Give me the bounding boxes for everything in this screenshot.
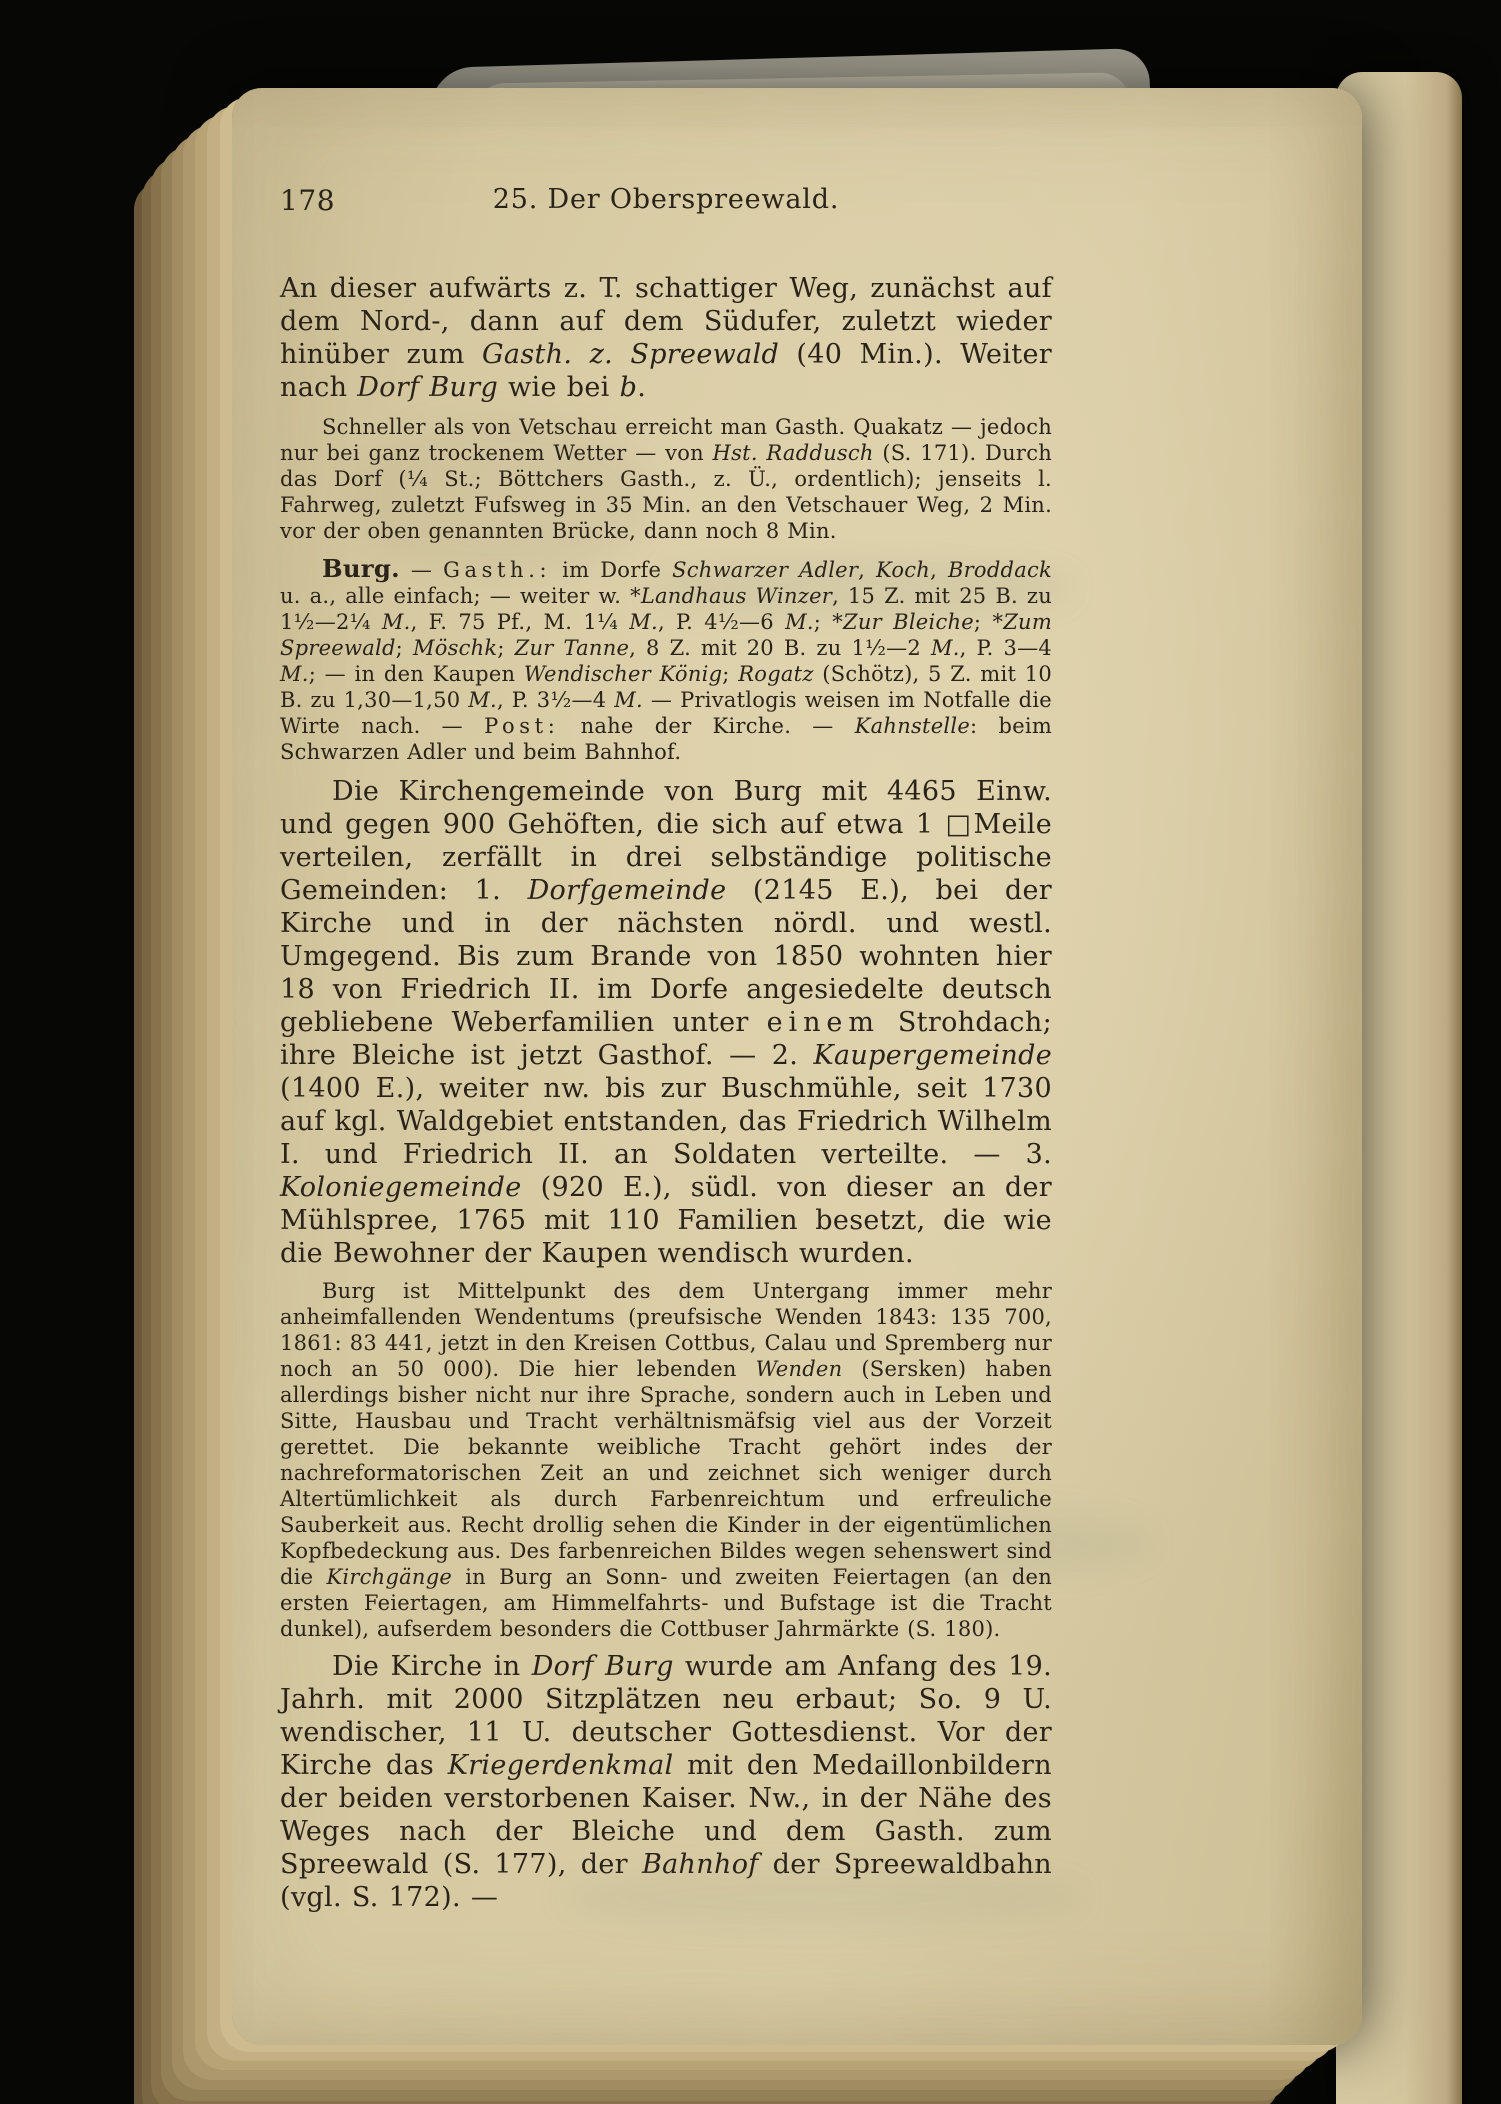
text-run: Kirchgänge xyxy=(326,1565,452,1589)
paragraph-wendentum-note: Burg ist Mittelpunkt des dem Untergang i… xyxy=(280,1278,1052,1642)
text-run: Wendischer König xyxy=(524,662,722,686)
text-run: , 8 Z. mit 20 B. zu 1¹⁄₂—2 xyxy=(629,636,931,660)
text-run: ; xyxy=(396,636,413,660)
text-run: ; xyxy=(722,662,738,686)
text-run: Dorfgemeinde xyxy=(528,875,727,906)
text-run: einem xyxy=(767,1007,880,1038)
text-run: Dorf Burg xyxy=(532,1651,674,1682)
paragraph-route: An dieser aufwärts z. T. schattiger Weg,… xyxy=(280,272,1052,404)
text-run: Bahnhof xyxy=(642,1849,759,1880)
text-block: 178 25. Der Oberspreewald. An dieser auf… xyxy=(280,184,1052,1914)
text-run: Koloniegemeinde xyxy=(280,1172,522,1203)
text-run: M. xyxy=(614,688,643,712)
text-run: ; * xyxy=(974,610,1003,634)
text-run: Gasth.: xyxy=(443,558,551,582)
text-run: Kahnstelle xyxy=(855,714,970,738)
text-run: , xyxy=(858,558,876,582)
text-run: M. xyxy=(931,636,960,660)
paragraph-burg-directory: Burg. — Gasth.: im Dorfe Schwarzer Adler… xyxy=(280,556,1052,765)
text-run: ; — in den Kaupen xyxy=(309,662,524,686)
text-run: b xyxy=(620,372,638,403)
page-number: 178 xyxy=(280,184,335,217)
text-run: Landhaus Winzer xyxy=(641,584,832,608)
text-run: Broddack xyxy=(948,558,1052,582)
text-run: — xyxy=(400,558,443,582)
text-run: . xyxy=(637,372,646,403)
text-run: , P. 3¹⁄₂—4 xyxy=(497,688,614,712)
text-run: , P. 4¹⁄₂—6 xyxy=(658,610,785,634)
text-run: (1400 E.), weiter nw. bis zur Buschmühle… xyxy=(280,1073,1052,1170)
text-run: , xyxy=(930,558,948,582)
text-run: Kriegerdenkmal xyxy=(448,1750,674,1781)
text-run: M. xyxy=(280,662,309,686)
text-run: Rogatz xyxy=(738,662,813,686)
page-header: 178 25. Der Oberspreewald. xyxy=(280,184,1052,220)
text-run: Die Kirche in xyxy=(332,1651,532,1682)
paragraph-schneller-note: Schneller als von Vetschau erreicht man … xyxy=(280,414,1052,544)
text-run: Möschk xyxy=(413,636,497,660)
text-run: M. xyxy=(382,610,411,634)
paragraph-kirche: Die Kirche in Dorf Burg wurde am Anfang … xyxy=(280,1650,1052,1914)
text-run: M. xyxy=(629,610,658,634)
text-run: Zur Bleiche xyxy=(843,610,974,634)
text-run: , F. 75 Pf., M. 1¹⁄₄ xyxy=(411,610,630,634)
text-run: Wenden xyxy=(756,1357,843,1381)
text-run: (Sersken) haben allerdings bisher nicht … xyxy=(280,1357,1052,1589)
text-run: Gasth. z. Spreewald xyxy=(482,339,779,370)
text-run: u. a., alle einfach; — weiter w. * xyxy=(280,584,641,608)
text-run: wie bei xyxy=(498,372,620,403)
book-photo: 178 25. Der Oberspreewald. An dieser auf… xyxy=(0,0,1501,2104)
text-run: Zur Tanne xyxy=(515,636,630,660)
text-run: M. xyxy=(785,610,814,634)
text-run: Schwarzer Adler xyxy=(672,558,858,582)
text-run: nahe der Kirche. — xyxy=(559,714,854,738)
text-run: Burg. xyxy=(322,554,400,583)
text-run: Hst. Raddusch xyxy=(713,441,874,465)
text-run: im Dorfe xyxy=(551,558,672,582)
running-header: 25. Der Oberspreewald. xyxy=(280,184,1052,215)
book-page: 178 25. Der Oberspreewald. An dieser auf… xyxy=(232,88,1362,2045)
text-run: Post: xyxy=(484,714,559,738)
text-run: ; xyxy=(497,636,514,660)
text-run: Dorf Burg xyxy=(357,372,498,403)
text-run: ; * xyxy=(814,610,843,634)
text-run: , P. 3—4 xyxy=(960,636,1052,660)
paragraph-kirchengemeinde: Die Kirchengemeinde von Burg mit 4465 Ei… xyxy=(280,775,1052,1270)
text-run: M. xyxy=(468,688,497,712)
text-run: Koch xyxy=(876,558,930,582)
text-run: Kaupergemeinde xyxy=(814,1040,1053,1071)
